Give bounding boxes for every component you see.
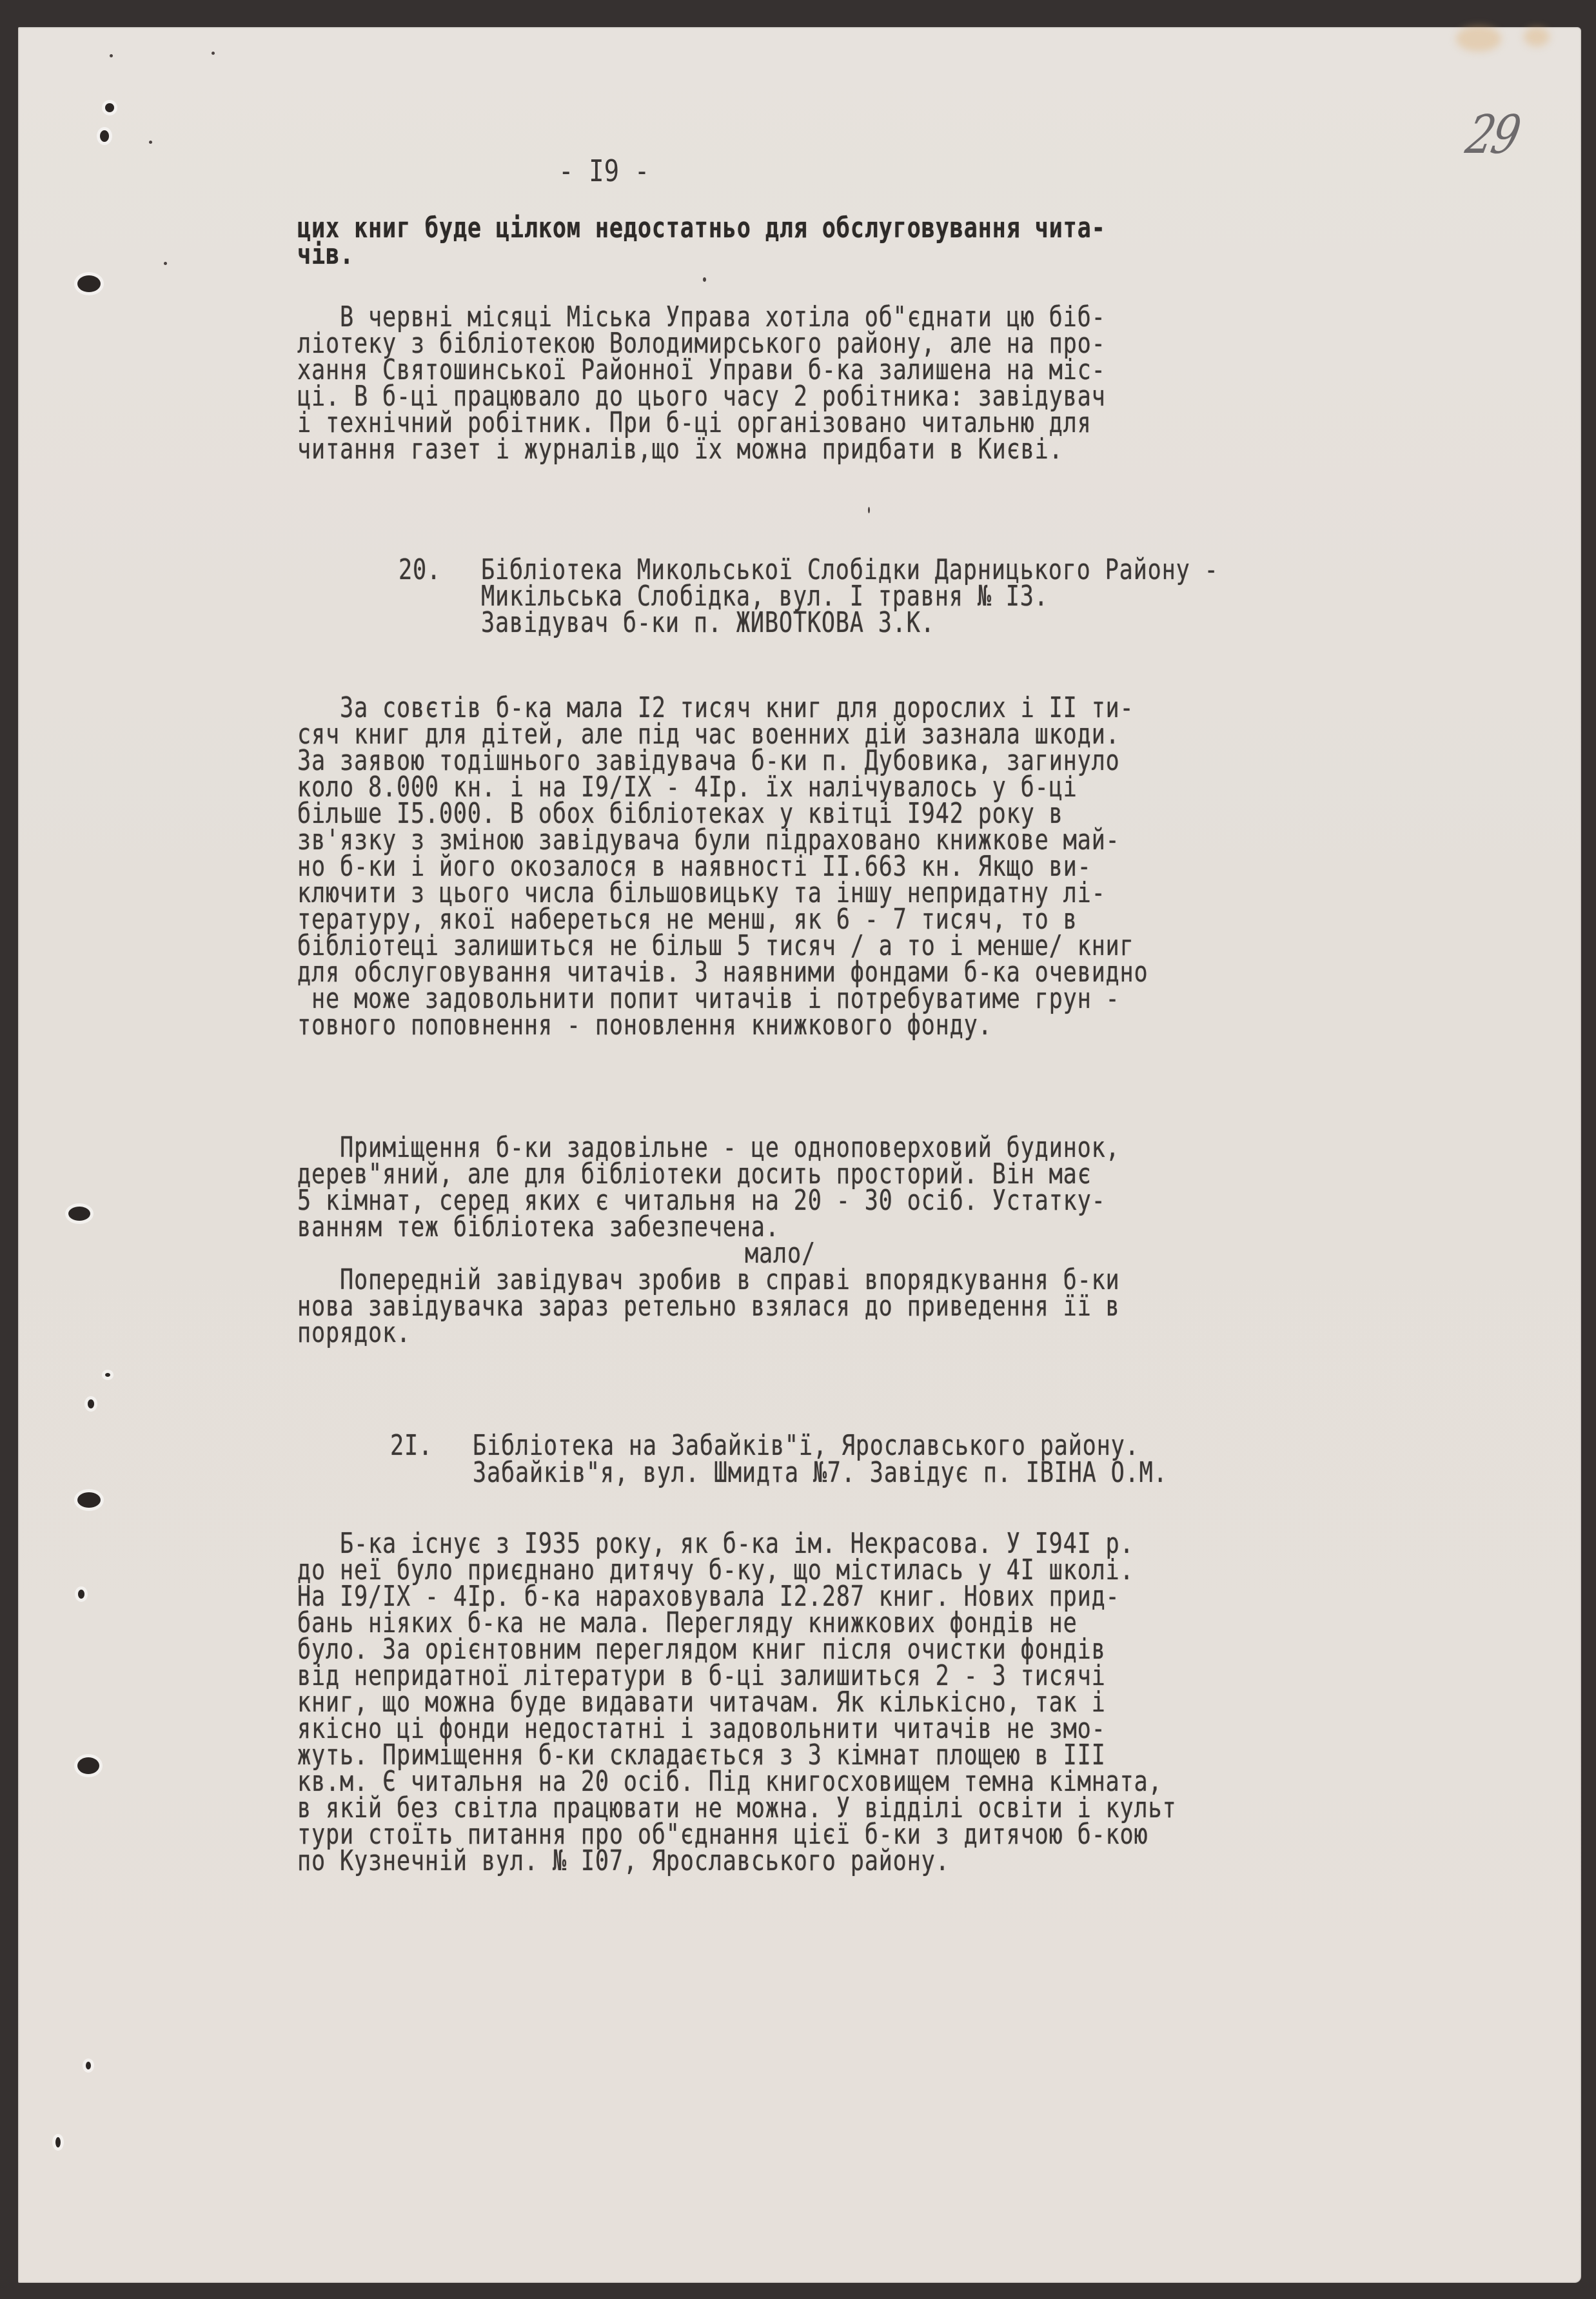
punch-hole xyxy=(105,1373,110,1377)
ink-speck xyxy=(703,277,706,282)
rust-stain xyxy=(1524,27,1550,46)
punch-hole xyxy=(78,1590,84,1599)
punch-hole xyxy=(77,1757,99,1774)
heading-line: Завідувач б-ки п. ЖИВОТКОВА З.К. xyxy=(481,609,935,637)
heading-line: Забайків"я, вул. Шмидта №7. Завідує п. І… xyxy=(473,1459,1168,1487)
ink-speck xyxy=(868,507,870,513)
archive-sheet-number: 29 xyxy=(1461,104,1524,166)
ink-speck xyxy=(149,141,152,144)
text-line: цих книг буде цілком недостатньо для обс… xyxy=(297,214,1106,242)
text-line: нова завідувачка зараз ретельно взялася … xyxy=(297,1292,1120,1321)
text-line: читання газет і журналів,що їх можна при… xyxy=(297,435,1063,464)
text-line: по Кузнечній вул. № I07, Ярославського р… xyxy=(297,1847,950,1875)
section-number: 2I. xyxy=(390,1432,433,1460)
punch-hole xyxy=(77,1492,101,1508)
text-line: ванням теж бібліотека забезпечена. xyxy=(297,1213,780,1241)
document-page: 29 - I9 - цих книг буде цілком недостатн… xyxy=(18,27,1581,2283)
punch-hole xyxy=(100,130,109,142)
ink-speck xyxy=(212,52,215,55)
punch-hole xyxy=(77,275,101,292)
text-line: чів. xyxy=(297,241,354,269)
ink-speck xyxy=(110,54,113,57)
punch-hole xyxy=(86,2062,91,2069)
text-line: товного поповнення - поновлення книжково… xyxy=(297,1011,992,1040)
punch-hole xyxy=(55,2137,61,2147)
ink-speck xyxy=(164,262,167,265)
punch-hole xyxy=(88,1399,94,1408)
punch-hole xyxy=(105,103,114,112)
section-number: 20. xyxy=(399,556,441,584)
text-line: порядок. xyxy=(297,1319,411,1347)
rust-stain xyxy=(1456,26,1501,52)
page-number: - I9 - xyxy=(558,153,649,188)
punch-hole xyxy=(68,1207,90,1221)
